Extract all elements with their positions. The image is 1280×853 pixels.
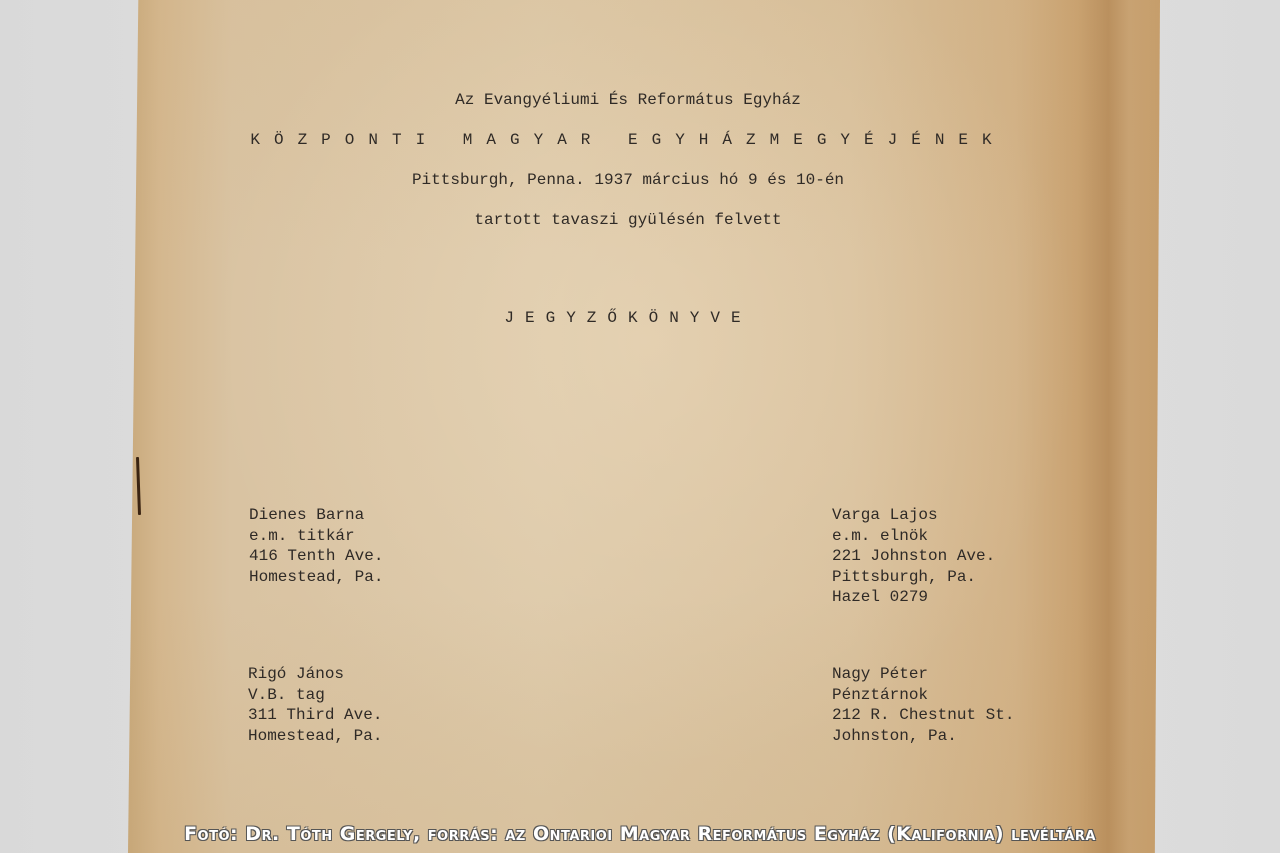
contact-city: Pittsburgh, Pa.: [832, 567, 995, 588]
contact-block-board-member: Rigó János V.B. tag 311 Third Ave. Homes…: [248, 664, 382, 746]
header-diocese-name: KÖZPONTI MAGYAR EGYHÁZMEGYÉJÉNEK: [0, 131, 1256, 149]
contact-city: Homestead, Pa.: [248, 726, 382, 747]
header-meeting-description: tartott tavaszi gyülésén felvett: [0, 211, 1256, 229]
contact-city: Johnston, Pa.: [832, 726, 1014, 747]
contact-role: e.m. titkár: [249, 526, 383, 547]
contact-role: e.m. elnök: [832, 526, 995, 547]
contact-phone: Hazel 0279: [832, 587, 995, 608]
header-church-name: Az Evangyéliumi És Református Egyház: [0, 91, 1256, 109]
photo-credit-caption: Fotó: Dr. Tóth Gergely, forrás: az Ontar…: [0, 823, 1280, 845]
contact-name: Rigó János: [248, 664, 382, 685]
contact-block-treasurer: Nagy Péter Pénztárnok 212 R. Chestnut St…: [832, 664, 1014, 746]
contact-block-president: Varga Lajos e.m. elnök 221 Johnston Ave.…: [832, 505, 995, 608]
contact-address: 212 R. Chestnut St.: [832, 705, 1014, 726]
contact-block-secretary: Dienes Barna e.m. titkár 416 Tenth Ave. …: [249, 505, 383, 587]
contact-address: 311 Third Ave.: [248, 705, 382, 726]
contact-city: Homestead, Pa.: [249, 567, 383, 588]
header-meeting-location-date: Pittsburgh, Penna. 1937 március hó 9 és …: [0, 171, 1256, 189]
contact-role: Pénztárnok: [832, 685, 1014, 706]
contact-name: Dienes Barna: [249, 505, 383, 526]
contact-name: Nagy Péter: [832, 664, 1014, 685]
contact-address: 416 Tenth Ave.: [249, 546, 383, 567]
contact-role: V.B. tag: [248, 685, 382, 706]
contact-address: 221 Johnston Ave.: [832, 546, 995, 567]
document-title: JEGYZŐKÖNYVE: [0, 309, 1256, 327]
contact-name: Varga Lajos: [832, 505, 995, 526]
